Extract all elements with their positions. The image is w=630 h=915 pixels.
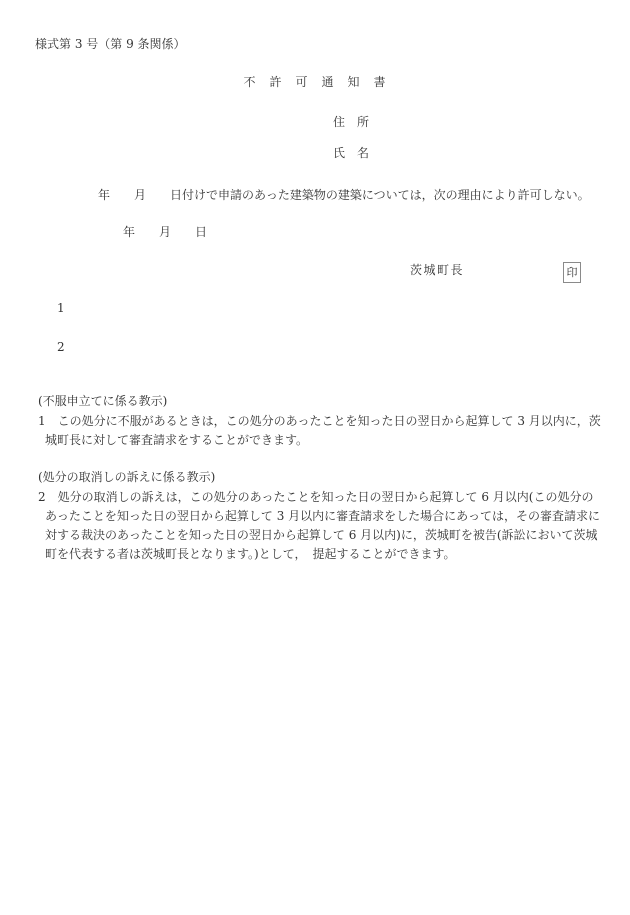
appeal-notice-heading: (不服申立てに係る教示) — [38, 395, 167, 409]
reason-item-1: 1 — [57, 302, 65, 316]
appeal-notice-line: 城町長に対して審査請求をすることができます。 — [45, 434, 308, 448]
decision-date-blank: 年 月 日 — [123, 226, 207, 240]
lawsuit-notice-line: 2 処分の取消しの訴えは，この処分のあったことを知った日の翌日から起算して 6 … — [38, 491, 593, 505]
appeal-notice-line: 1 この処分に不服があるときは，この処分のあったことを知った日の翌日から起算して… — [38, 415, 601, 429]
seal-placeholder-box: 印 — [563, 262, 581, 283]
lawsuit-notice-line: あったことを知った日の翌日から起算して 3 月以内に審査請求をした場合にあっては… — [45, 510, 600, 524]
issuer-mayor-name: 茨城町長 — [410, 264, 464, 278]
recipient-name-label: 氏 名 — [333, 147, 369, 161]
form-number: 様式第 3 号（第 9 条関係） — [35, 38, 186, 52]
lawsuit-notice-line: 町を代表する者は茨城町長となります。)として， 提起することができます。 — [45, 548, 456, 562]
recipient-address-label: 住 所 — [333, 116, 369, 130]
reason-item-2: 2 — [57, 341, 65, 355]
document-title: 不 許 可 通 知 書 — [0, 76, 630, 90]
application-statement: 年 月 日付けで申請のあった建築物の建築については，次の理由により許可しない。 — [98, 189, 590, 203]
document-page: 様式第 3 号（第 9 条関係） 不 許 可 通 知 書 住 所 氏 名 年 月… — [0, 0, 630, 915]
seal-label: 印 — [567, 267, 578, 278]
lawsuit-notice-line: 対する裁決のあったことを知った日の翌日から起算して 6 月以内)に，茨城町を被告… — [45, 529, 598, 543]
lawsuit-notice-heading: (処分の取消しの訴えに係る教示) — [38, 471, 215, 485]
